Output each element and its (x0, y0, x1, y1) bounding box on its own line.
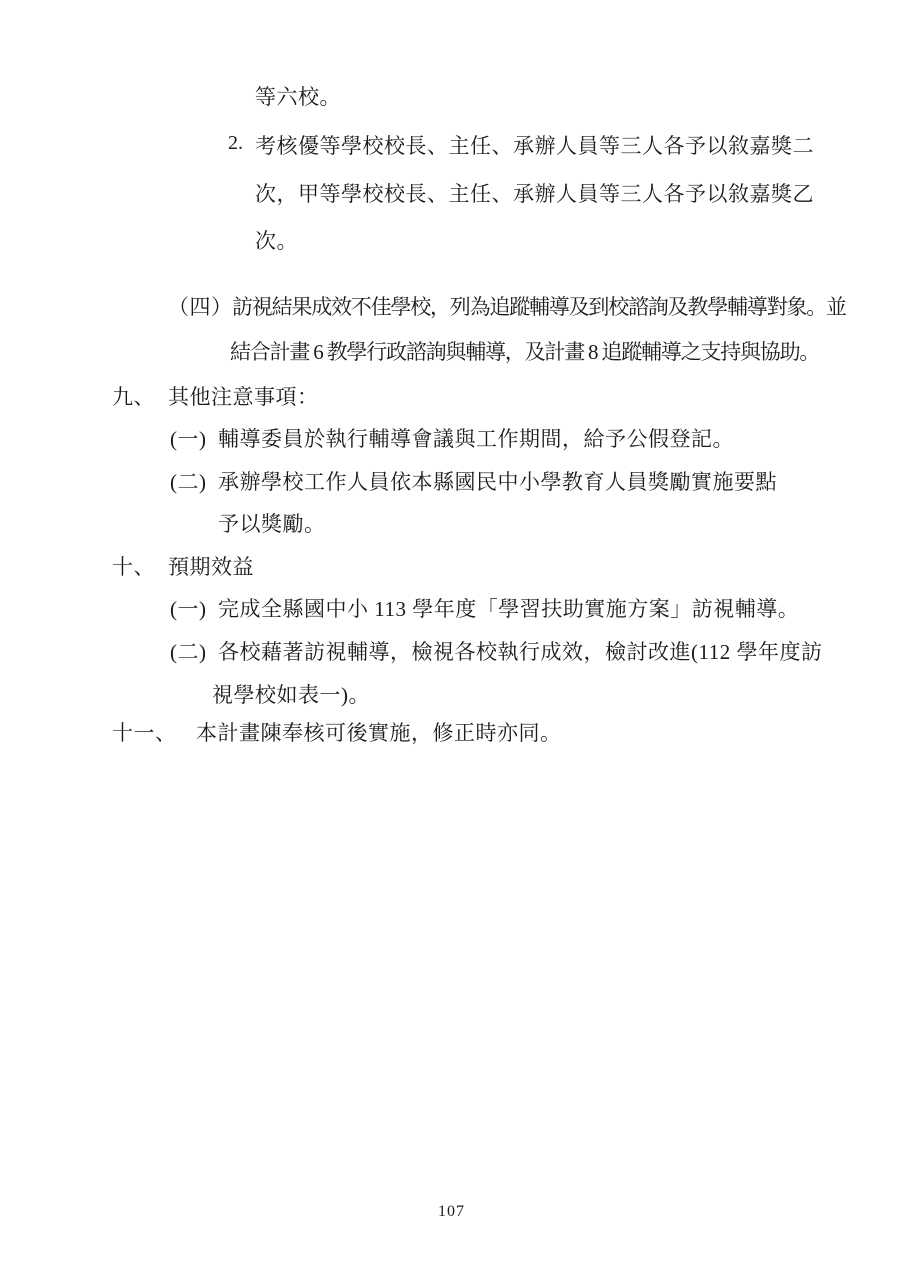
list-marker: 十一、 (112, 717, 177, 747)
doc-line: 次。 (0, 225, 905, 259)
document-page: 等六校。 2. 考核優等學校校長、主任、承辦人員等三人各予以敘嘉獎二 次，甲等學… (0, 0, 905, 1280)
list-marker: (二) (170, 466, 207, 496)
list-marker: (一) (170, 423, 207, 453)
line-text: 完成全縣國中小 113 學年度「學習扶助實施方案」訪視輔導。 (218, 593, 799, 623)
line-text: 結合計畫 6 教學行政諮詢與輔導，及計畫 8 追蹤輔導之支持與協助。 (230, 336, 819, 366)
doc-line: 等六校。 (0, 81, 905, 115)
list-marker: （四） (168, 291, 233, 321)
line-text: 承辦學校工作人員依本縣國民中小學教育人員獎勵實施要點 (218, 466, 777, 496)
line-text: 訪視結果成效不佳學校，列為追蹤輔導及到校諮詢及教學輔導對象。並 (232, 291, 846, 321)
line-text: 本計畫陳奉核可後實施，修正時亦同。 (196, 717, 562, 747)
doc-line: 視學校如表一)。 (0, 679, 905, 713)
doc-line: 九、 其他注意事項： (0, 381, 905, 415)
line-text: 考核優等學校校長、主任、承辦人員等三人各予以敘嘉獎二 (255, 130, 814, 160)
doc-line: (二) 承辦學校工作人員依本縣國民中小學教育人員獎勵實施要點 (0, 466, 905, 500)
doc-line: 予以獎勵。 (0, 508, 905, 542)
line-text: 等六校。 (255, 81, 341, 111)
line-text: 次，甲等學校校長、主任、承辦人員等三人各予以敘嘉獎乙 (255, 178, 814, 208)
doc-line: 次，甲等學校校長、主任、承辦人員等三人各予以敘嘉獎乙 (0, 178, 905, 212)
list-marker: (一) (170, 593, 207, 623)
doc-line: (一) 輔導委員於執行輔導會議與工作期間，給予公假登記。 (0, 423, 905, 457)
doc-line: 2. 考核優等學校校長、主任、承辦人員等三人各予以敘嘉獎二 (0, 130, 905, 164)
list-marker: 九、 (112, 381, 155, 411)
list-marker: 十、 (112, 551, 155, 581)
list-marker: 2. (228, 132, 243, 155)
doc-line: 結合計畫 6 教學行政諮詢與輔導，及計畫 8 追蹤輔導之支持與協助。 (0, 336, 905, 370)
line-text: 予以獎勵。 (218, 508, 326, 538)
line-text: 次。 (255, 225, 298, 255)
doc-line: (二) 各校藉著訪視輔導，檢視各校執行成效，檢討改進(112 學年度訪 (0, 636, 905, 670)
doc-line: 十一、 本計畫陳奉核可後實施，修正時亦同。 (0, 717, 905, 751)
doc-line: 十、 預期效益 (0, 551, 905, 585)
line-text: 預期效益 (168, 551, 254, 581)
line-text: 輔導委員於執行輔導會議與工作期間，給予公假登記。 (218, 423, 734, 453)
line-text: 視學校如表一)。 (212, 679, 370, 709)
doc-line: （四） 訪視結果成效不佳學校，列為追蹤輔導及到校諮詢及教學輔導對象。並 (0, 291, 905, 325)
doc-line: (一) 完成全縣國中小 113 學年度「學習扶助實施方案」訪視輔導。 (0, 593, 905, 627)
page-number: 107 (438, 1203, 465, 1221)
line-text: 各校藉著訪視輔導，檢視各校執行成效，檢討改進(112 學年度訪 (218, 636, 822, 666)
list-marker: (二) (170, 636, 207, 666)
line-text: 其他注意事項： (168, 381, 319, 411)
